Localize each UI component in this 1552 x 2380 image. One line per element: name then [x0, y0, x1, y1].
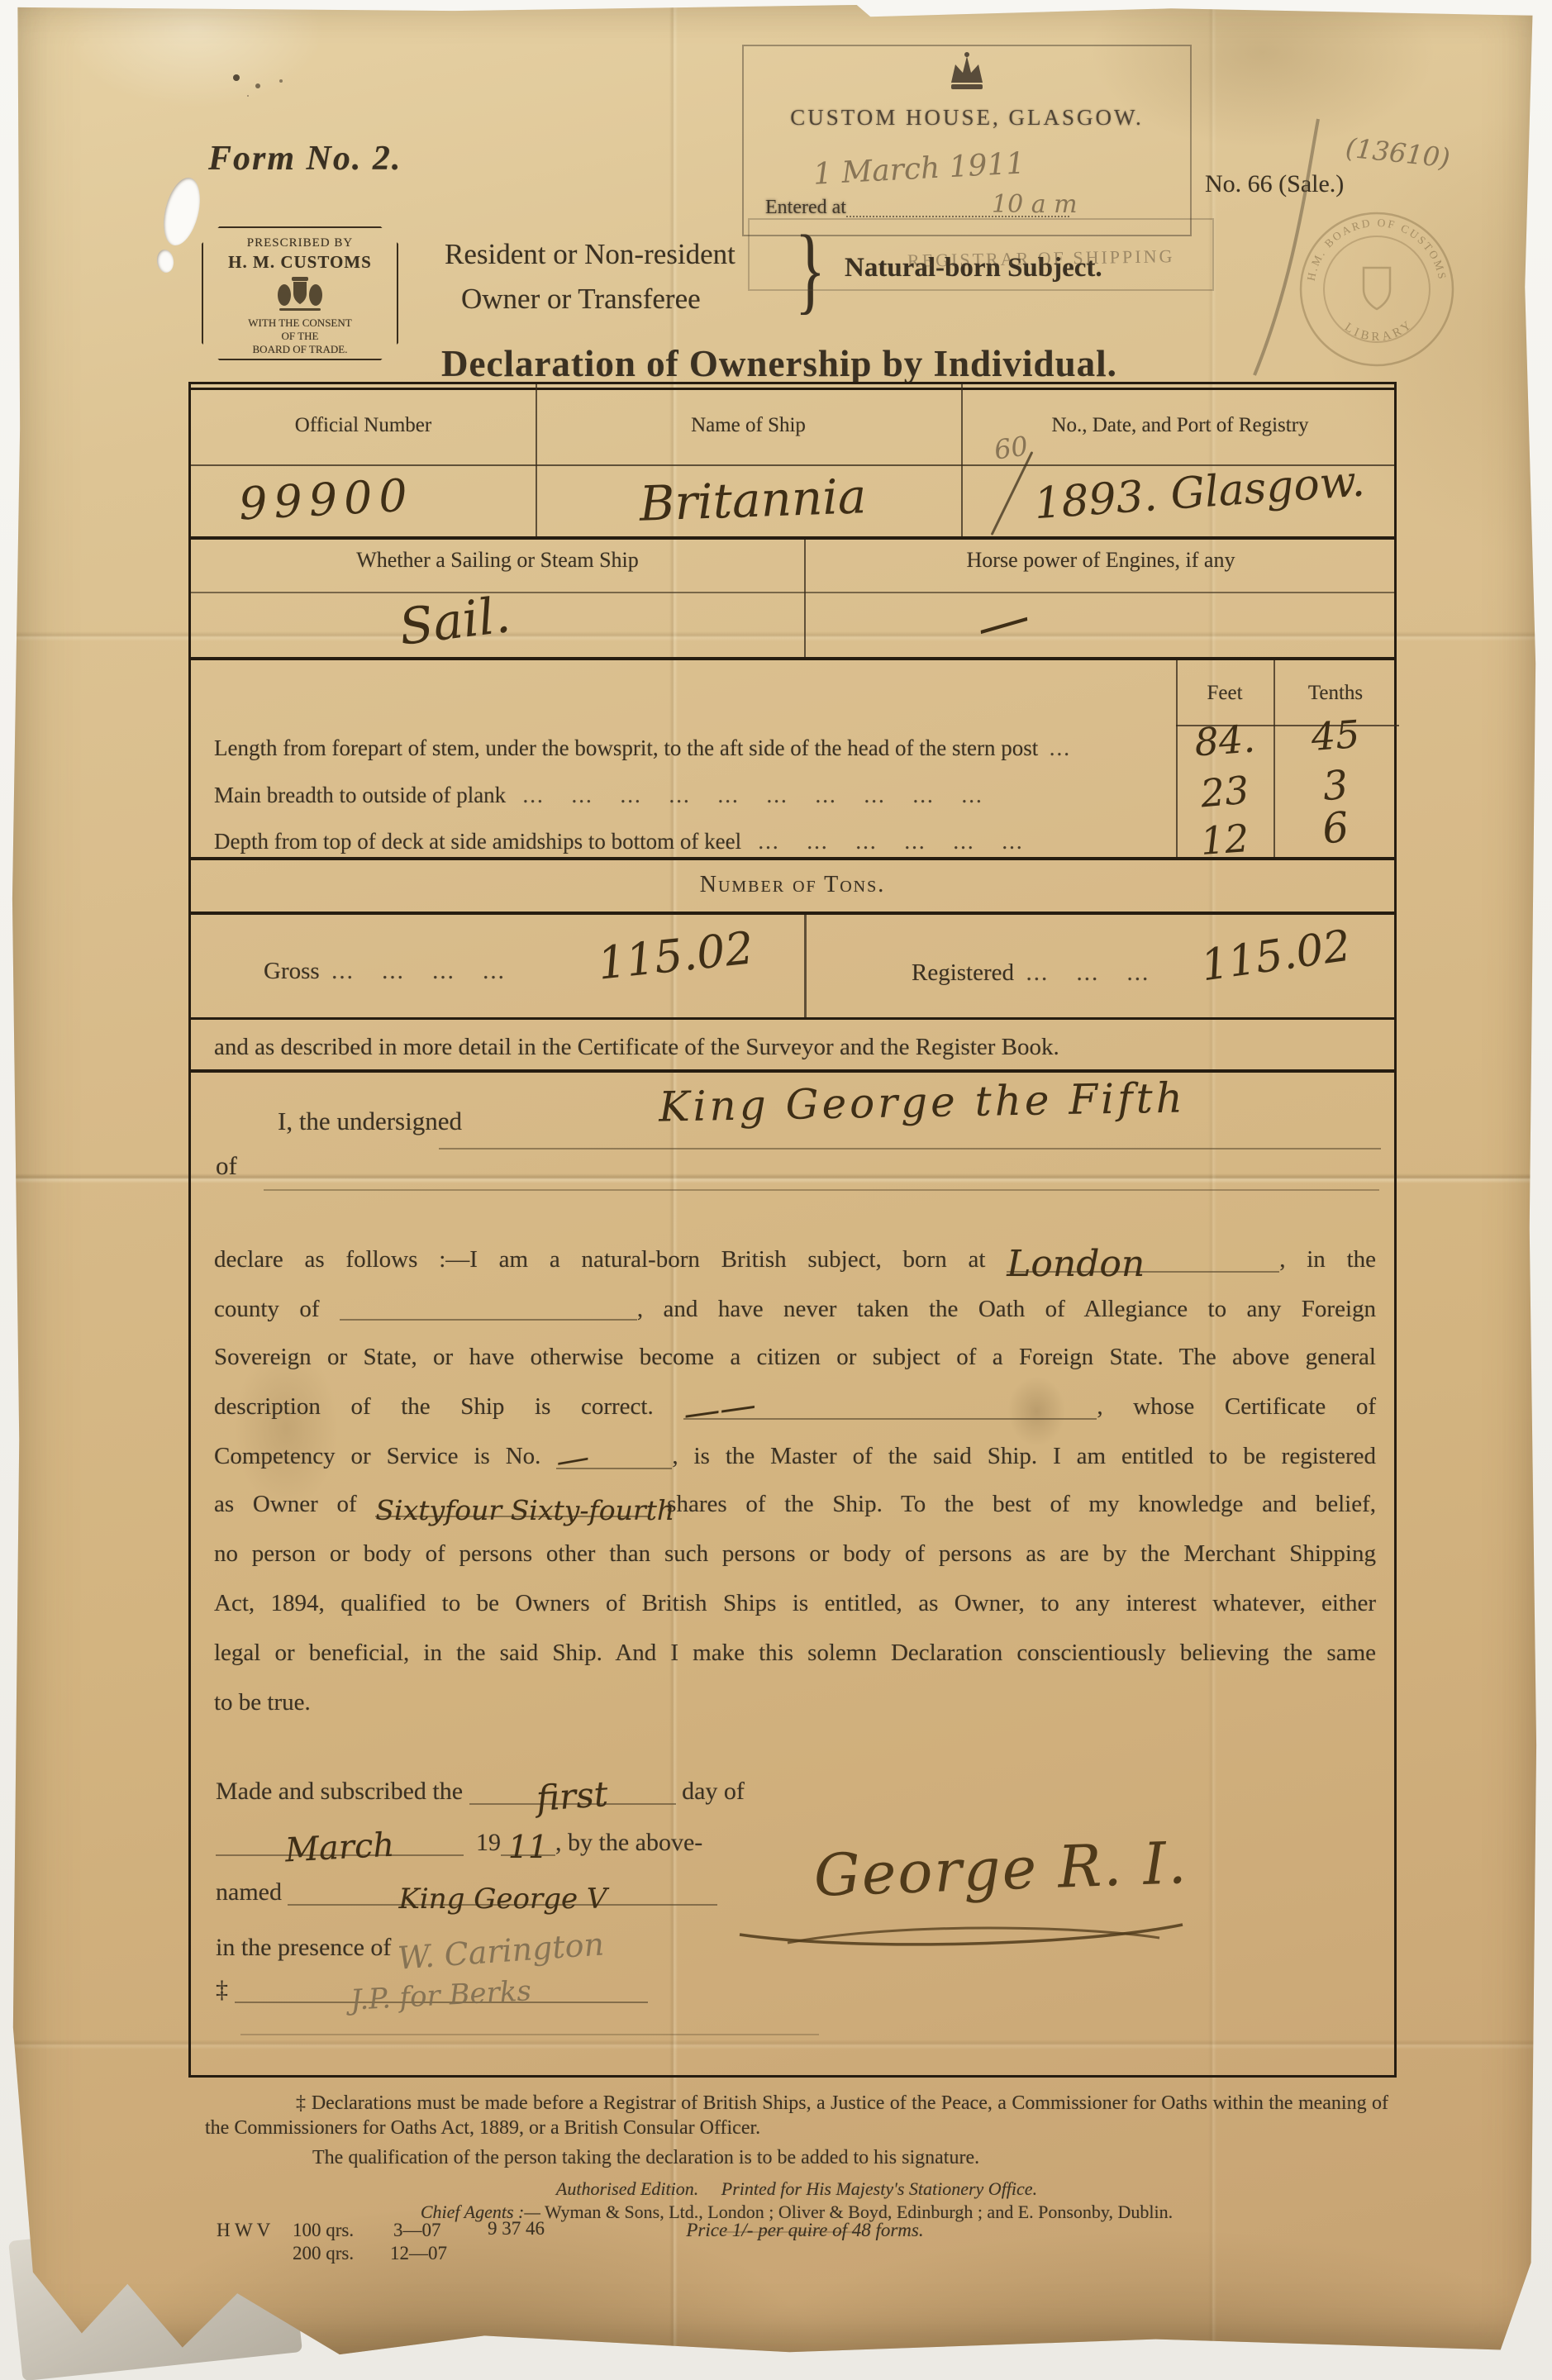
- subject-type-line1: Resident or Non-resident: [445, 238, 736, 271]
- registered-value: 115.02: [1198, 921, 1354, 992]
- measure-feet: 12: [1174, 814, 1274, 865]
- nil-mark: ——: [683, 1394, 758, 1426]
- edition-line: Authorised Edition. Printed for His Maje…: [205, 2178, 1388, 2200]
- pencil-number: (13610): [1344, 131, 1451, 174]
- subscription-line2: March 1911, by the above-: [216, 1829, 702, 1857]
- year-value: 11: [508, 1829, 548, 1865]
- feet-label: Feet: [1176, 682, 1273, 705]
- declaration-line: county of , and have never taken the Oat…: [214, 1295, 1376, 1323]
- declaration-line: Act, 1894, qualified to be Owners of Bri…: [214, 1589, 1376, 1617]
- print-code-d1: 3—07: [393, 2220, 441, 2241]
- prescribed-by-box: PRESCRIBED BY H. M. CUSTOMS WITH THE CON…: [202, 226, 398, 360]
- tenths-label: Tenths: [1273, 682, 1397, 705]
- measure-row-label: Length from forepart of stem, under the …: [214, 735, 1164, 761]
- print-code-hwv: H W V: [217, 2220, 270, 2241]
- sail-or-steam-header: Whether a Sailing or Steam Ship: [191, 548, 804, 573]
- undersigned-name-value: King George the Fifth: [464, 1070, 1382, 1134]
- registrar-stamp-text: REGISTRAR OF SHIPPING: [907, 245, 1174, 272]
- described-line: and as described in more detail in the C…: [214, 1034, 1059, 1061]
- day-value: first: [536, 1783, 609, 1809]
- print-code-d2: 12—07: [390, 2243, 447, 2264]
- declaration-line: declare as follows :—I am a natural-born…: [214, 1245, 1376, 1273]
- of-label: of: [216, 1151, 237, 1181]
- royal-signature: George R. I.: [769, 1827, 1234, 1911]
- tons-header: Number of Tons.: [191, 872, 1394, 898]
- prescribed-line: WITH THE CONSENT: [203, 317, 397, 330]
- gross-value: 115.02: [595, 921, 756, 989]
- embossed-seal: H.M. BOARD OF CUSTOMS & EXCISE LIBRARY: [1296, 208, 1458, 370]
- document-scan: Form No. 2. PRESCRIBED BY H. M. CUSTOMS …: [0, 0, 1552, 2380]
- declaration-line: legal or beneficial, in the said Ship. A…: [214, 1639, 1376, 1667]
- registry-pencil-number: 60: [993, 430, 1031, 465]
- form-paper: Form No. 2. PRESCRIBED BY H. M. CUSTOMS …: [12, 5, 1537, 2357]
- stamp-office-text: CUSTOM HOUSE, GLASGOW.: [744, 105, 1190, 131]
- witness-value: W. Carington: [397, 1925, 606, 1976]
- stamp-handwritten-date: 1 March 1911: [812, 146, 1026, 191]
- col-header-ship-name: Name of Ship: [536, 414, 961, 437]
- price-line: Price 1/- per quire of 48 forms.: [590, 2220, 1020, 2241]
- declaration-line: to be true.: [214, 1688, 1376, 1716]
- royal-arms-icon: [203, 274, 397, 317]
- subscription-line3: named King George V: [216, 1878, 717, 1906]
- crown-icon: [744, 51, 1190, 102]
- prescribed-line: OF THE: [203, 330, 397, 343]
- prescribed-line: PRESCRIBED BY: [203, 236, 397, 250]
- footnote-declarations: ‡ Declarations must be made before a Reg…: [205, 2091, 1388, 2140]
- col-header-registry: No., Date, and Port of Registry: [961, 414, 1399, 437]
- subscription-line4: in the presence of W. Carington: [216, 1926, 604, 1963]
- horsepower-header: Horse power of Engines, if any: [804, 548, 1397, 573]
- measure-feet: 23: [1174, 765, 1275, 818]
- footnote-qualification: The qualification of the person taking t…: [205, 2147, 1388, 2169]
- declaration-line: Competency or Service is No. —, is the M…: [214, 1442, 1376, 1470]
- declaration-line: Sovereign or State, or have otherwise be…: [214, 1343, 1376, 1371]
- undersigned-label: I, the undersigned: [278, 1107, 462, 1136]
- ink-specks: [233, 74, 240, 81]
- declaration-line: as Owner of Sixtyfour Sixty-fourth share…: [214, 1490, 1376, 1518]
- prescribed-line: H. M. CUSTOMS: [203, 252, 397, 273]
- custom-house-stamp: CUSTOM HOUSE, GLASGOW. 1 March 1911 10 a…: [742, 45, 1192, 236]
- paper-chip: [155, 249, 175, 274]
- qualification-value: J.P. for Berks: [350, 1983, 532, 2009]
- nil-mark: —: [555, 1447, 592, 1473]
- print-code-q2: 200 qrs.: [293, 2243, 354, 2264]
- subscription-line5: ‡ J.P. for Berks: [216, 1976, 648, 2004]
- print-code-mid: 9 37 46: [488, 2218, 545, 2240]
- svg-text:LIBRARY: LIBRARY: [1342, 317, 1416, 344]
- month-value: March: [284, 1835, 394, 1861]
- shares-value: Sixtyfour Sixty-fourth: [375, 1494, 674, 1526]
- registered-label: Registered ... ... ...: [912, 959, 1150, 987]
- form-body: Official Number Name of Ship No., Date, …: [188, 382, 1397, 2078]
- subscription-line1: Made and subscribed the first day of: [216, 1778, 745, 1806]
- gross-label: Gross ... ... ... ...: [264, 958, 506, 985]
- page-title: Declaration of Ownership by Individual.: [441, 342, 1117, 385]
- measure-tenths: 45: [1272, 709, 1398, 762]
- paper-hole: [157, 174, 206, 249]
- form-number: Form No. 2.: [208, 139, 402, 178]
- prescribed-line: BOARD OF TRADE.: [203, 343, 397, 356]
- stamp-entered-label: Entered at: [765, 197, 1069, 219]
- official-number-value: 99900: [237, 469, 415, 531]
- print-code-q1: 100 qrs.: [293, 2220, 354, 2241]
- born-at-value: London: [1007, 1243, 1145, 1285]
- subject-type-line2: Owner or Transferee: [461, 283, 701, 316]
- measure-row-label: Main breadth to outside of plank ... ...…: [214, 783, 1164, 808]
- measure-feet: 84.: [1174, 715, 1274, 766]
- col-header-official-number: Official Number: [191, 414, 536, 437]
- ship-name-value: Britannia: [578, 466, 927, 535]
- svg-text:H.M. BOARD OF CUSTOMS & EXCISE: H.M. BOARD OF CUSTOMS & EXCISE: [1296, 208, 1450, 287]
- named-value: King George V: [398, 1883, 607, 1916]
- sail-value: Sail.: [396, 586, 513, 657]
- measure-row-label: Depth from top of deck at side amidships…: [214, 829, 1164, 854]
- declaration-line: description of the Ship is correct. ——, …: [214, 1392, 1376, 1421]
- signature-flourish: [730, 1913, 1193, 1951]
- declaration-line: no person or body of persons other than …: [214, 1540, 1376, 1568]
